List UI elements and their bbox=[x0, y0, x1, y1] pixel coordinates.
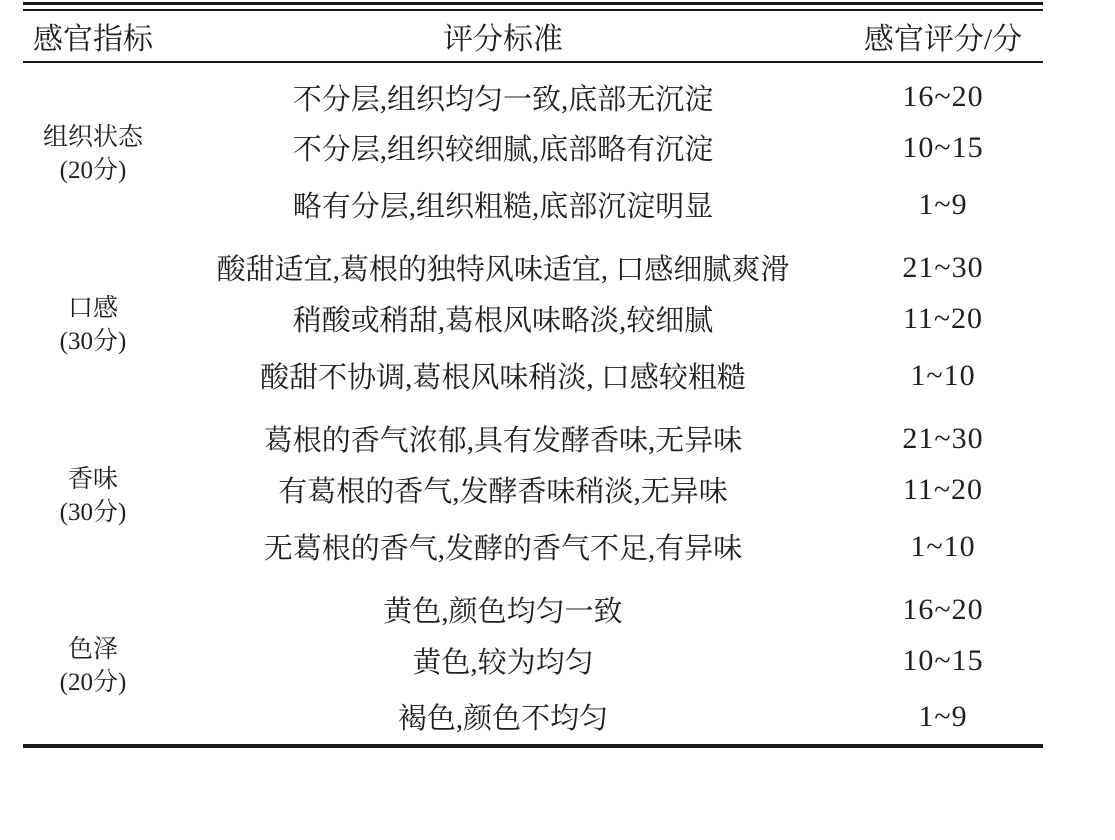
indicator-group-texture: 组织状态 (20分) 不分层,组织均匀一致,底部无沉淀 16~20 不分层,组织… bbox=[23, 62, 1043, 233]
table-row: 有葛根的香气,发酵香味稍淡,无异味 11~20 bbox=[23, 461, 1043, 518]
score-cell: 11~20 bbox=[843, 461, 1043, 518]
score-cell: 11~20 bbox=[843, 290, 1043, 347]
indicator-group-taste: 口感 (30分) 酸甜适宜,葛根的独特风味适宜, 口感细腻爽滑 21~30 稍酸… bbox=[23, 233, 1043, 404]
table-row: 酸甜不协调,葛根风味稍淡, 口感较粗糙 1~10 bbox=[23, 347, 1043, 404]
table-row: 香味 (30分) 葛根的香气浓郁,具有发酵香味,无异味 21~30 bbox=[23, 404, 1043, 461]
table-row: 略有分层,组织粗糙,底部沉淀明显 1~9 bbox=[23, 176, 1043, 233]
score-cell: 16~20 bbox=[843, 62, 1043, 119]
score-cell: 21~30 bbox=[843, 233, 1043, 290]
table-top-double-rule bbox=[23, 2, 1043, 11]
criteria-cell: 褐色,颜色不均匀 bbox=[163, 689, 843, 746]
indicator-name: 香味 bbox=[23, 463, 163, 496]
indicator-cell: 口感 (30分) bbox=[23, 233, 163, 404]
score-cell: 16~20 bbox=[843, 575, 1043, 632]
sensory-evaluation-table: 感官指标 评分标准 感官评分/分 组织状态 (20分) 不分层,组织均匀一致,底… bbox=[23, 0, 1043, 748]
indicator-name: 色泽 bbox=[23, 633, 163, 666]
column-header-score: 感官评分/分 bbox=[843, 11, 1043, 62]
table-row: 色泽 (20分) 黄色,颜色均匀一致 16~20 bbox=[23, 575, 1043, 632]
indicator-cell: 香味 (30分) bbox=[23, 404, 163, 575]
table-row: 无葛根的香气,发酵的香气不足,有异味 1~10 bbox=[23, 518, 1043, 575]
score-cell: 1~10 bbox=[843, 347, 1043, 404]
table-row: 黄色,较为均匀 10~15 bbox=[23, 632, 1043, 689]
score-cell: 1~9 bbox=[843, 176, 1043, 233]
table-row: 不分层,组织较细腻,底部略有沉淀 10~15 bbox=[23, 119, 1043, 176]
criteria-cell: 有葛根的香气,发酵香味稍淡,无异味 bbox=[163, 461, 843, 518]
criteria-cell: 无葛根的香气,发酵的香气不足,有异味 bbox=[163, 518, 843, 575]
indicator-group-color: 色泽 (20分) 黄色,颜色均匀一致 16~20 黄色,较为均匀 10~15 褐… bbox=[23, 575, 1043, 746]
indicator-weight: (20分) bbox=[23, 666, 163, 699]
score-cell: 1~9 bbox=[843, 689, 1043, 746]
column-header-criteria: 评分标准 bbox=[163, 11, 843, 62]
criteria-cell: 稍酸或稍甜,葛根风味略淡,较细腻 bbox=[163, 290, 843, 347]
criteria-cell: 酸甜不协调,葛根风味稍淡, 口感较粗糙 bbox=[163, 347, 843, 404]
indicator-weight: (20分) bbox=[23, 154, 163, 187]
criteria-cell: 不分层,组织较细腻,底部略有沉淀 bbox=[163, 119, 843, 176]
table-row: 稍酸或稍甜,葛根风味略淡,较细腻 11~20 bbox=[23, 290, 1043, 347]
table-row: 褐色,颜色不均匀 1~9 bbox=[23, 689, 1043, 746]
indicator-weight: (30分) bbox=[23, 325, 163, 358]
criteria-cell: 黄色,较为均匀 bbox=[163, 632, 843, 689]
indicator-cell: 色泽 (20分) bbox=[23, 575, 163, 746]
indicator-name: 口感 bbox=[23, 292, 163, 325]
indicator-weight: (30分) bbox=[23, 496, 163, 529]
indicator-name: 组织状态 bbox=[23, 121, 163, 154]
table-row: 组织状态 (20分) 不分层,组织均匀一致,底部无沉淀 16~20 bbox=[23, 62, 1043, 119]
criteria-cell: 略有分层,组织粗糙,底部沉淀明显 bbox=[163, 176, 843, 233]
score-cell: 10~15 bbox=[843, 632, 1043, 689]
column-header-indicator: 感官指标 bbox=[23, 11, 163, 62]
score-cell: 21~30 bbox=[843, 404, 1043, 461]
score-cell: 1~10 bbox=[843, 518, 1043, 575]
table-row: 口感 (30分) 酸甜适宜,葛根的独特风味适宜, 口感细腻爽滑 21~30 bbox=[23, 233, 1043, 290]
criteria-cell: 黄色,颜色均匀一致 bbox=[163, 575, 843, 632]
sensory-table: 感官指标 评分标准 感官评分/分 组织状态 (20分) 不分层,组织均匀一致,底… bbox=[23, 11, 1043, 748]
criteria-cell: 不分层,组织均匀一致,底部无沉淀 bbox=[163, 62, 843, 119]
indicator-group-aroma: 香味 (30分) 葛根的香气浓郁,具有发酵香味,无异味 21~30 有葛根的香气… bbox=[23, 404, 1043, 575]
indicator-cell: 组织状态 (20分) bbox=[23, 62, 163, 233]
criteria-cell: 酸甜适宜,葛根的独特风味适宜, 口感细腻爽滑 bbox=[163, 233, 843, 290]
table-header: 感官指标 评分标准 感官评分/分 bbox=[23, 11, 1043, 62]
criteria-cell: 葛根的香气浓郁,具有发酵香味,无异味 bbox=[163, 404, 843, 461]
header-row: 感官指标 评分标准 感官评分/分 bbox=[23, 11, 1043, 62]
score-cell: 10~15 bbox=[843, 119, 1043, 176]
